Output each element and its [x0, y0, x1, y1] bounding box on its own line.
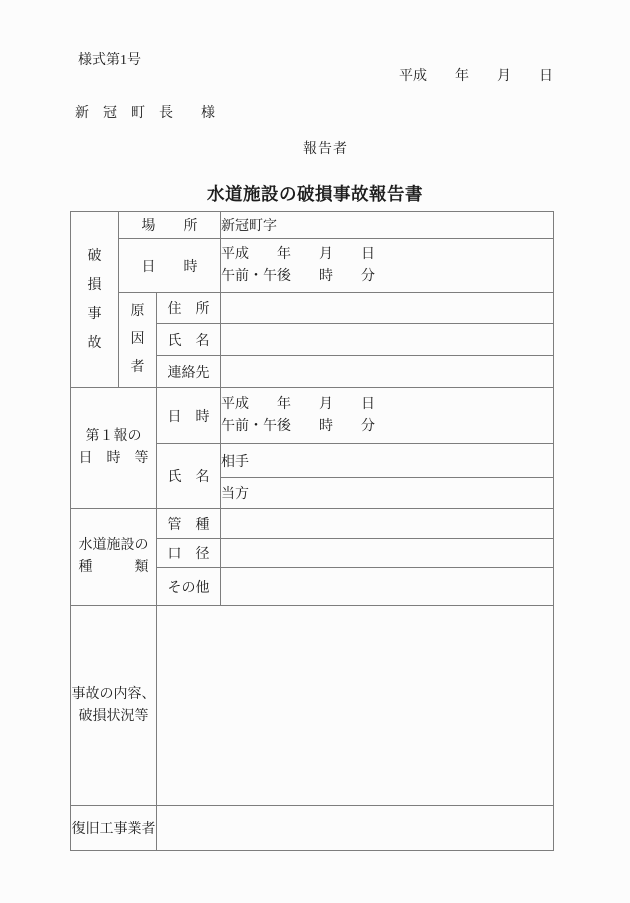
restoration-contractor-value-cell — [157, 806, 554, 851]
accident-details-value-cell — [157, 606, 554, 806]
accident-details-label-line1: 事故の内容、 — [71, 684, 156, 706]
addressee-line: 新 冠 町 長 様 — [75, 102, 215, 122]
pipe-type-label: 管 種 — [157, 509, 221, 539]
facility-type-group-line1: 水道施設の — [71, 535, 156, 557]
document-page: 様式第1号 平成 年 月 日 新 冠 町 長 様 報告者 水道施設の破損事故報告… — [0, 0, 630, 903]
causer-name-value-cell — [221, 324, 554, 356]
report-form-table: 破損事故 場 所 新冠町字 日 時 平成 年 月 日 午前・午後 時 分 原因者… — [70, 211, 554, 851]
facility-type-group-line2: 種 類 — [71, 557, 156, 579]
other-party-label: 相手 — [221, 444, 554, 478]
first-report-name-label: 氏 名 — [157, 444, 221, 509]
damage-accident-group-cell: 破損事故 — [71, 212, 119, 388]
damage-datetime-line1: 平成 年 月 日 — [221, 244, 553, 266]
accident-details-label-line2: 破損状況等 — [71, 706, 156, 728]
causer-group-cell: 原因者 — [119, 293, 157, 388]
causer-contact-label: 連絡先 — [157, 356, 221, 388]
reporter-label: 報告者 — [303, 138, 348, 158]
header-date-line: 平成 年 月 日 — [399, 65, 553, 85]
first-report-datetime-label: 日 時 — [157, 388, 221, 444]
damage-datetime-line2: 午前・午後 時 分 — [221, 266, 553, 288]
causer-address-label: 住 所 — [157, 293, 221, 324]
restoration-contractor-label: 復旧工事業者 — [71, 806, 157, 851]
first-report-datetime-line2: 午前・午後 時 分 — [221, 416, 553, 438]
facility-other-label: その他 — [157, 568, 221, 606]
first-report-datetime-value: 平成 年 月 日 午前・午後 時 分 — [221, 388, 554, 444]
facility-other-value-cell — [221, 568, 554, 606]
page-title: 水道施設の破損事故報告書 — [0, 181, 630, 206]
place-label: 場 所 — [119, 212, 221, 239]
first-report-datetime-line1: 平成 年 月 日 — [221, 394, 553, 416]
our-side-label: 当方 — [221, 478, 554, 509]
diameter-label: 口 径 — [157, 539, 221, 568]
form-number: 様式第1号 — [78, 49, 141, 69]
first-report-group-line2: 日 時 等 — [71, 448, 156, 470]
causer-name-label: 氏 名 — [157, 324, 221, 356]
first-report-group-line1: 第１報の — [71, 426, 156, 448]
damage-datetime-value: 平成 年 月 日 午前・午後 時 分 — [221, 239, 554, 293]
causer-address-value-cell — [221, 293, 554, 324]
place-value: 新冠町字 — [221, 212, 554, 239]
damage-accident-group-label: 破損事故 — [87, 242, 102, 358]
first-report-group-cell: 第１報の 日 時 等 — [71, 388, 157, 509]
causer-contact-value-cell — [221, 356, 554, 388]
diameter-value-cell — [221, 539, 554, 568]
accident-details-label-cell: 事故の内容、 破損状況等 — [71, 606, 157, 806]
damage-datetime-label: 日 時 — [119, 239, 221, 293]
pipe-type-value-cell — [221, 509, 554, 539]
causer-group-label: 原因者 — [130, 298, 145, 382]
facility-type-group-cell: 水道施設の 種 類 — [71, 509, 157, 606]
